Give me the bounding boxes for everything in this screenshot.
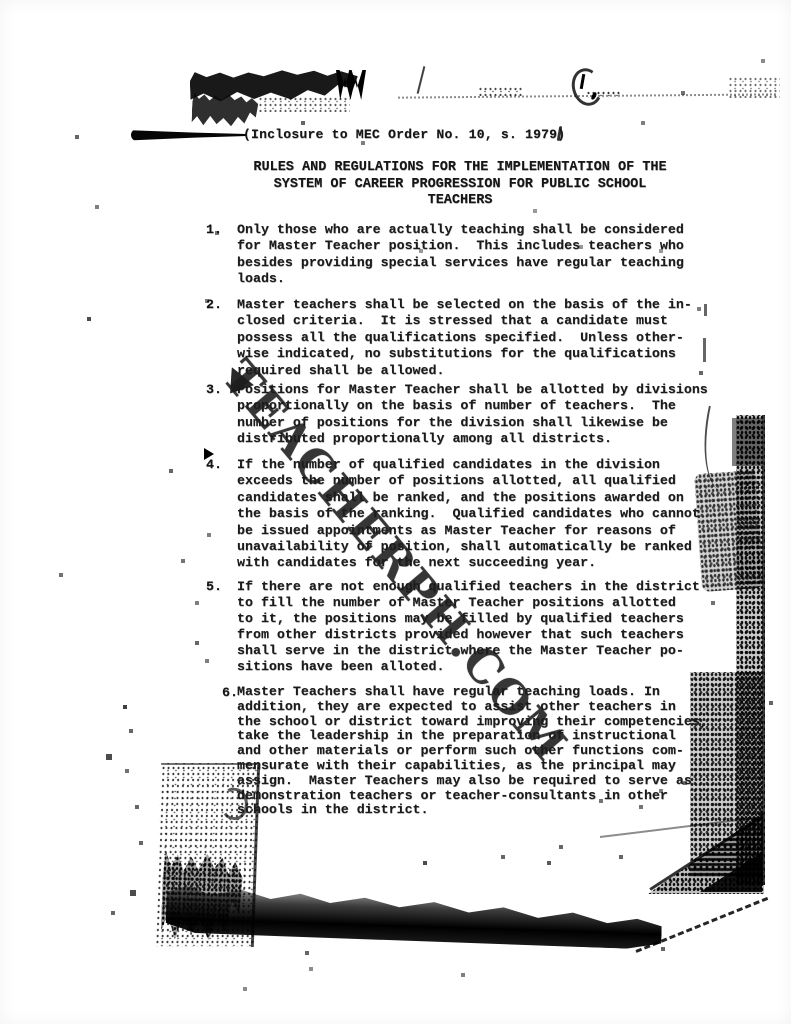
scanned-document-page: (Inclosure to MEC Order No. 10, s. 1979)… bbox=[0, 0, 791, 1024]
ink-smudge-artifact bbox=[258, 96, 350, 112]
smudge-artifact bbox=[478, 86, 524, 96]
title-line-1: RULES AND REGULATIONS FOR THE IMPLEMENTA… bbox=[150, 160, 770, 177]
smudge-artifact bbox=[728, 76, 780, 98]
ink-blob-artifact bbox=[191, 93, 258, 127]
rule-text: Master teachers shall be selected on the… bbox=[237, 297, 723, 379]
rule-number: 5. bbox=[206, 579, 222, 595]
rule-text: Only those who are actually teaching sha… bbox=[237, 222, 723, 288]
pen-mark-artifact bbox=[568, 65, 606, 109]
rule-number: 2. bbox=[206, 297, 222, 313]
rule-number: 4. bbox=[206, 457, 222, 473]
title-line-2: SYSTEM OF CAREER PROGRESSION FOR PUBLIC … bbox=[150, 177, 770, 194]
rule-item-1: 1. Only those who are actually teaching … bbox=[237, 222, 723, 288]
ink-streak-artifact bbox=[131, 129, 247, 141]
noise-speckles bbox=[0, 0, 2, 2]
rule-number: 1. bbox=[206, 222, 222, 238]
rule-item-2: 2. Master teachers shall be selected on … bbox=[237, 297, 723, 379]
document-title: RULES AND REGULATIONS FOR THE IMPLEMENTA… bbox=[150, 160, 770, 210]
inclosure-note: (Inclosure to MEC Order No. 10, s. 1979) bbox=[243, 127, 565, 143]
pen-stroke-artifact bbox=[417, 66, 426, 94]
title-line-3: TEACHERS bbox=[150, 193, 770, 210]
ink-mark-artifact bbox=[336, 70, 366, 100]
rule-number: 6. bbox=[222, 685, 238, 701]
